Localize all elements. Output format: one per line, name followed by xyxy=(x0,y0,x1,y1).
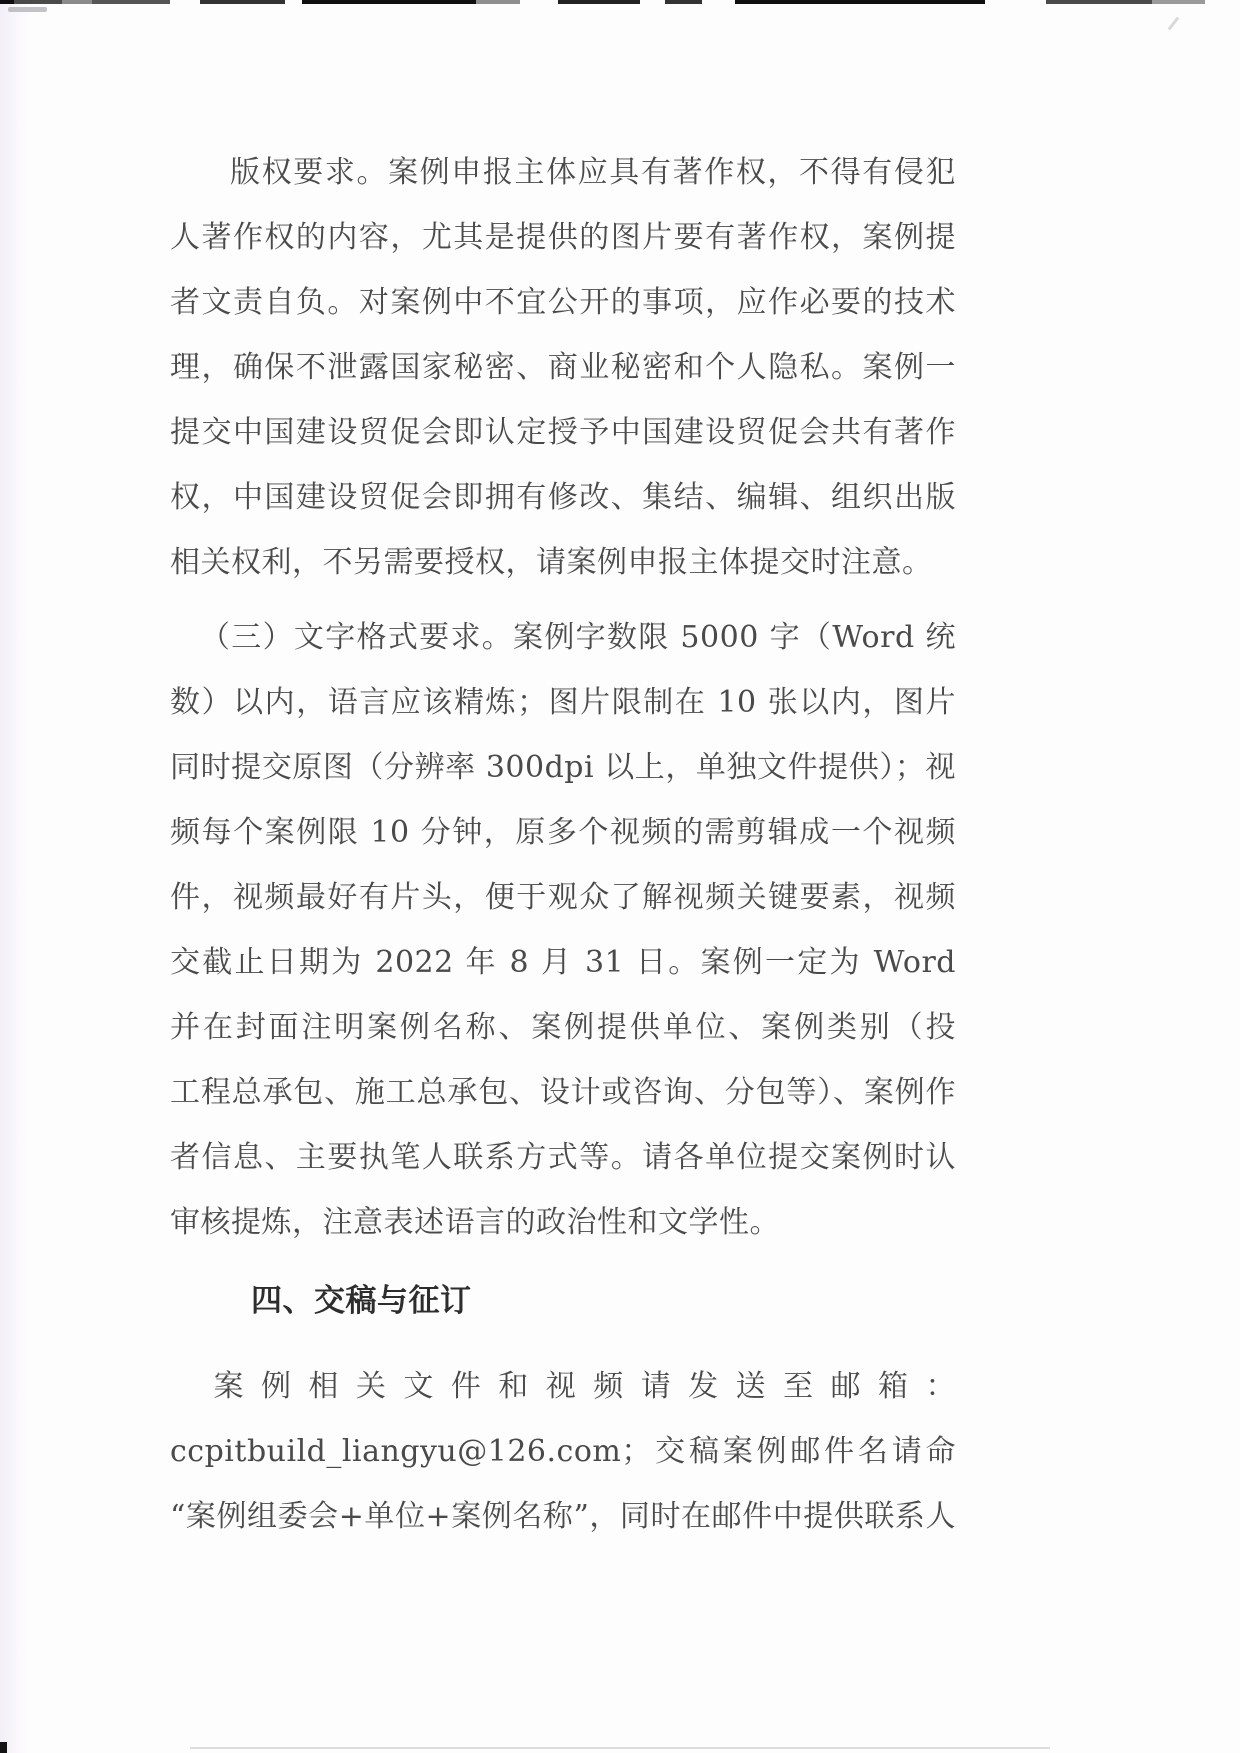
text-line: 案例相关文件和视频请发送至邮箱： xyxy=(170,1354,956,1419)
text-line: 同时提交原图（分辨率 300dpi 以上，单独文件提供）；视 xyxy=(170,735,956,800)
text-line: 提交中国建设贸促会即认定授予中国建设贸促会共有著作 xyxy=(170,400,956,465)
text-line: 工程总承包、施工总承包、设计或咨询、分包等）、案例作 xyxy=(170,1060,956,1125)
text-line: 数）以内，语言应该精炼；图片限制在 10 张以内，图片需 xyxy=(170,670,956,735)
text-line: 理，确保不泄露国家秘密、商业秘密和个人隐私。案例一经 xyxy=(170,335,956,400)
text-line: 者信息、主要执笔人联系方式等。请各单位提交案例时认真 xyxy=(170,1125,956,1190)
scan-artifact-right-smudge xyxy=(1168,17,1180,31)
scan-artifact-bottom-left-mark xyxy=(0,1742,7,1753)
document-body: 版权要求。案例申报主体应具有著作权，不得有侵犯他人著作权的内容，尤其是提供的图片… xyxy=(170,140,956,1549)
text-line: 件，视频最好有片头，便于观众了解视频关键要素，视频提 xyxy=(170,865,956,930)
paragraph: 案例相关文件和视频请发送至邮箱：ccpitbuild_liangyu@126.c… xyxy=(170,1354,956,1549)
paragraph: （三）文字格式要求。案例字数限 5000 字（Word 统计字数）以内，语言应该… xyxy=(170,605,956,1255)
text-line: 版权要求。案例申报主体应具有著作权，不得有侵犯他 xyxy=(170,140,956,205)
text-line: 人著作权的内容，尤其是提供的图片要有著作权，案例提交 xyxy=(170,205,956,270)
scan-left-tint xyxy=(0,0,28,1753)
scan-artifact-top-left-dash xyxy=(8,7,47,12)
scan-artifact-bottom-line xyxy=(190,1747,1050,1749)
text-line: 频每个案例限 10 分钟，原多个视频的需剪辑成一个视频文 xyxy=(170,800,956,865)
text-line: “案例组委会+单位+案例名称”，同时在邮件中提供联系人 xyxy=(170,1484,956,1549)
text-line: 审核提炼，注意表述语言的政治性和文学性。 xyxy=(170,1190,956,1255)
scanned-page: 版权要求。案例申报主体应具有著作权，不得有侵犯他人著作权的内容，尤其是提供的图片… xyxy=(0,0,1240,1753)
text-line: 并在封面注明案例名称、案例提供单位、案例类别（投资、 xyxy=(170,995,956,1060)
paragraph: 版权要求。案例申报主体应具有著作权，不得有侵犯他人著作权的内容，尤其是提供的图片… xyxy=(170,140,956,595)
scan-artifact-top-edge xyxy=(0,0,1240,4)
text-line: 相关权利，不另需要授权，请案例申报主体提交时注意。 xyxy=(170,530,956,595)
text-line: 交截止日期为 2022 年 8 月 31 日。案例一定为 Word 格式， xyxy=(170,930,956,995)
text-line: 者文责自负。对案例中不宜公开的事项，应作必要的技术处 xyxy=(170,270,956,335)
section-heading-block: 四、交稿与征订 xyxy=(170,1269,956,1334)
section-heading: 四、交稿与征订 xyxy=(170,1269,956,1334)
text-line: ccpitbuild_liangyu@126.com；交稿案例邮件名请命名为 xyxy=(170,1419,956,1484)
text-line: 权，中国建设贸促会即拥有修改、集结、编辑、组织出版等 xyxy=(170,465,956,530)
text-line: （三）文字格式要求。案例字数限 5000 字（Word 统计字 xyxy=(170,605,956,670)
